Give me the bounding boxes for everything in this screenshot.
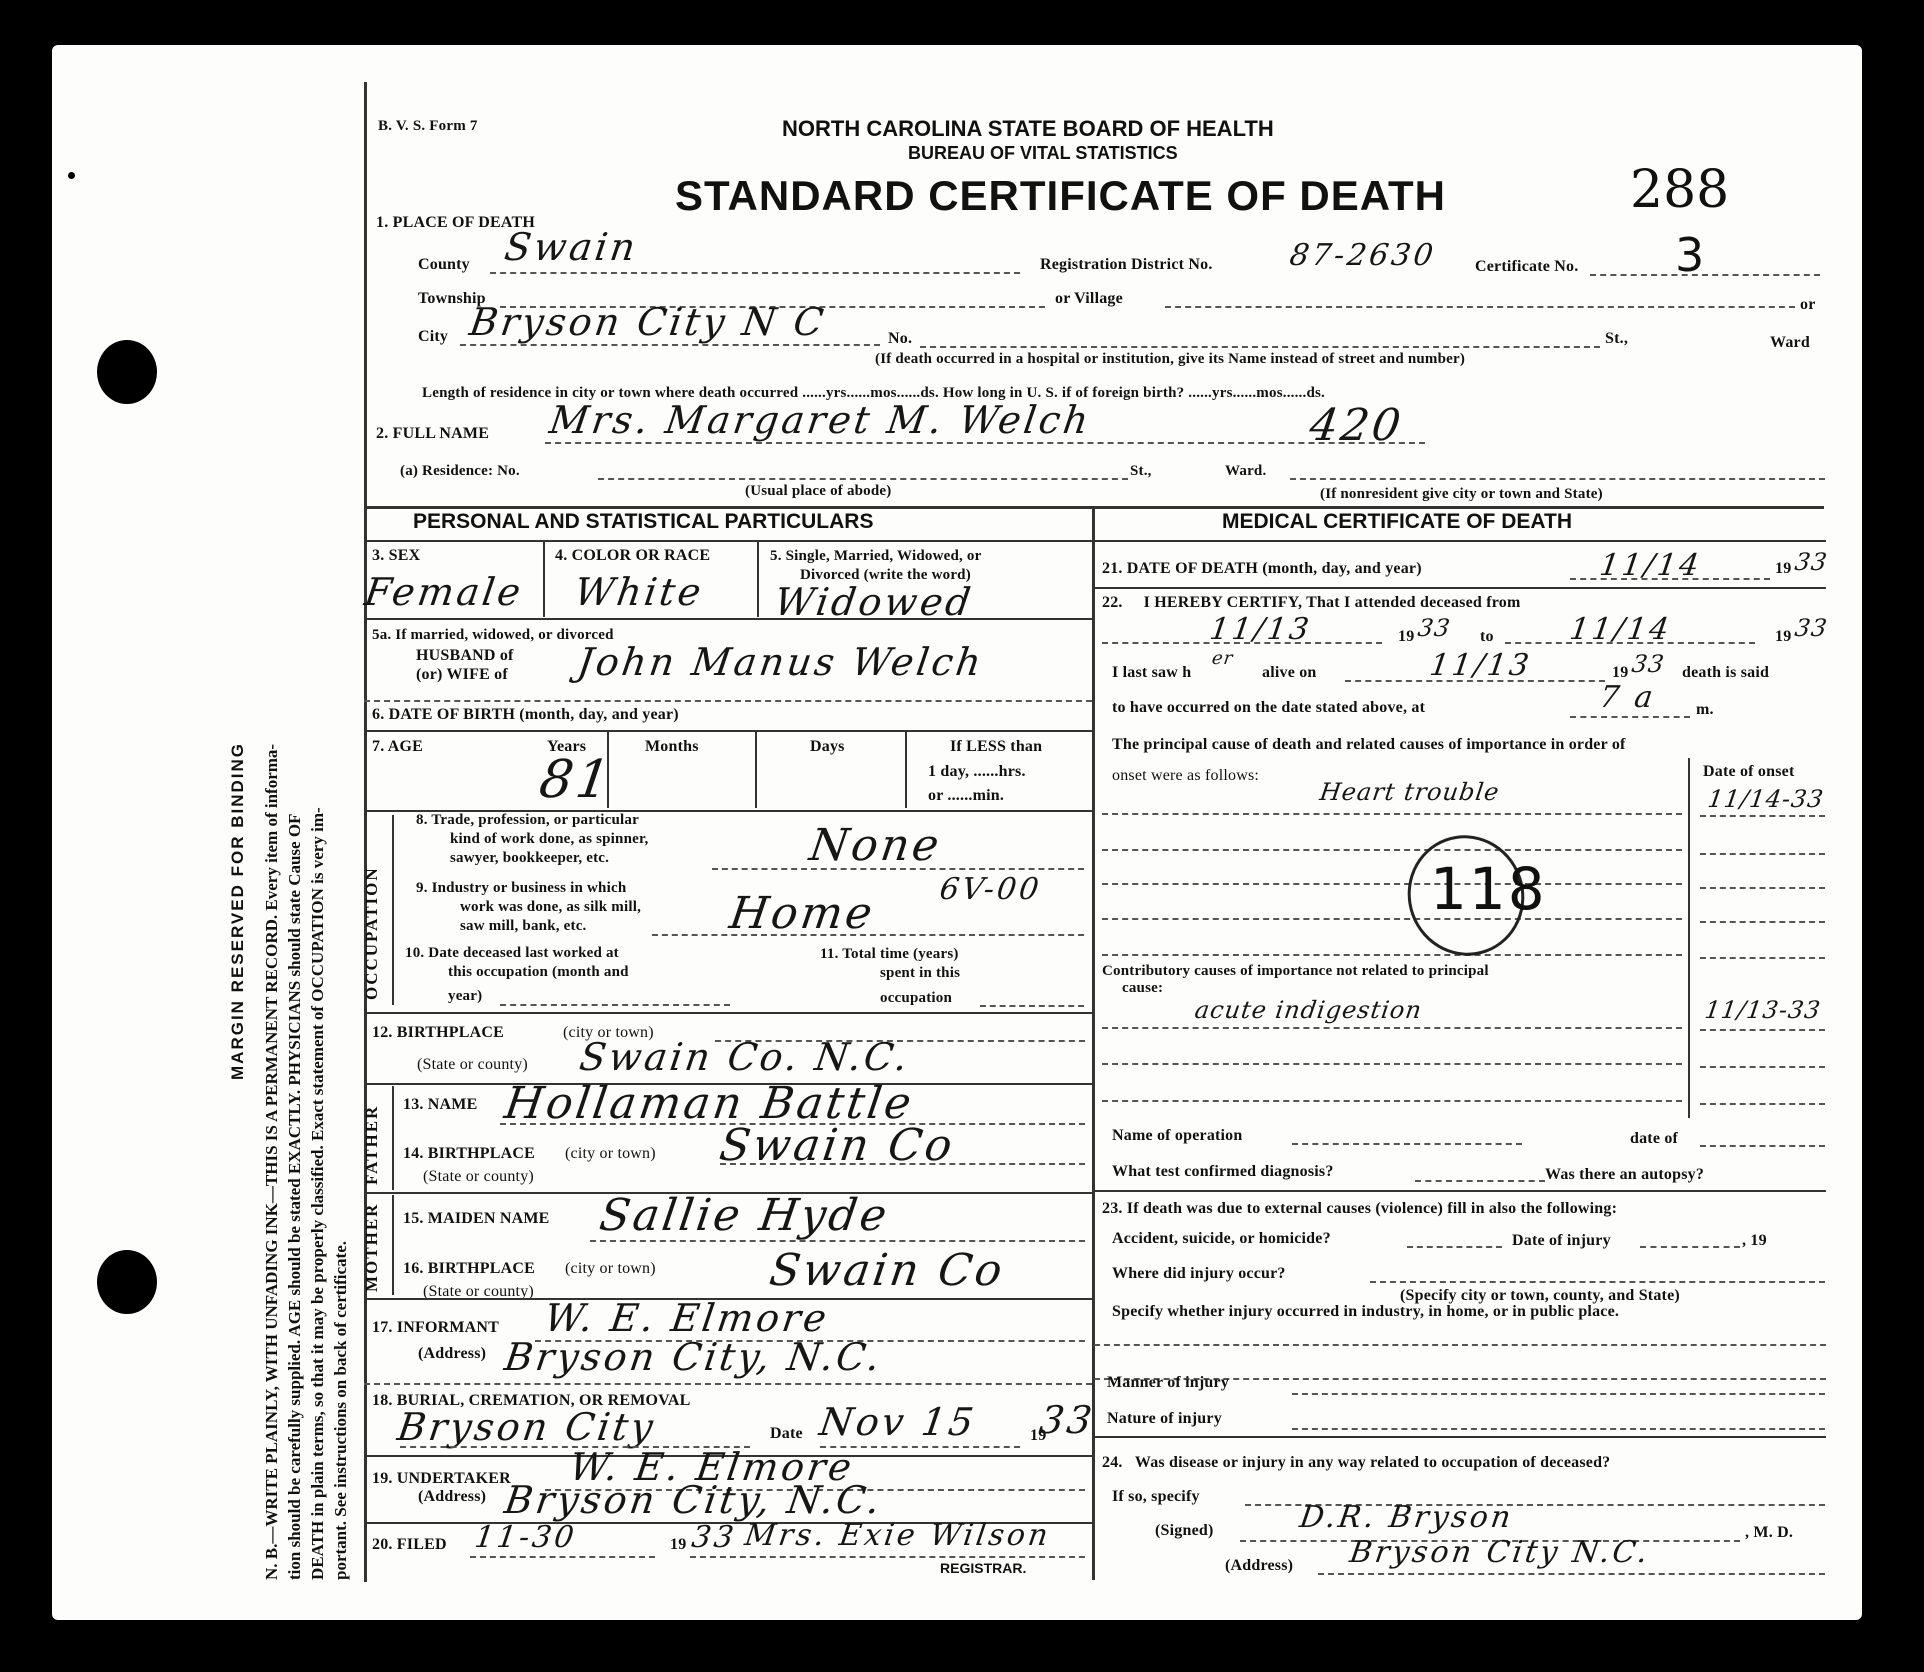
nature-label: Nature of injury	[1107, 1410, 1222, 1428]
industry-label-1: 9. Industry or business in which	[416, 880, 626, 897]
mother-side-label: MOTHER	[362, 1203, 382, 1292]
death-said-label: death is said	[1682, 664, 1769, 682]
md-label: , M. D.	[1745, 1524, 1793, 1542]
ward-label: Ward	[1770, 334, 1810, 352]
burial-date-value[interactable]: Nov 15	[817, 1400, 979, 1444]
onset-header: Date of onset	[1703, 763, 1794, 781]
total-time-label-1: 11. Total time (years)	[820, 946, 959, 963]
trade-label-1: 8. Trade, profession, or particular	[416, 812, 639, 829]
last-worked-label-1: 10. Date deceased last worked at	[405, 945, 619, 962]
classification-code: 118	[1430, 855, 1547, 923]
contributory-onset[interactable]: 11/13-33	[1703, 996, 1823, 1024]
address-label: (Address)	[1225, 1557, 1293, 1575]
attended-from-year-prefix: 19	[1398, 628, 1414, 646]
street-no-label: No.	[888, 330, 912, 348]
county-value[interactable]: Swain	[502, 225, 641, 269]
street-label: St.,	[1605, 330, 1628, 348]
informant-value[interactable]: W. E. Elmore	[542, 1296, 832, 1340]
residence-ward-label: Ward.	[1225, 463, 1266, 480]
burial-date-label: Date	[770, 1425, 803, 1443]
principal-label-1: The principal cause of death and related…	[1112, 736, 1626, 754]
attended-to-year[interactable]: 33	[1793, 614, 1829, 642]
physician-address[interactable]: Bryson City N.C.	[1348, 1535, 1653, 1570]
last-saw-label: I last saw h	[1112, 664, 1191, 682]
certify-label: 22. I HEREBY CERTIFY, That I attended de…	[1102, 594, 1520, 612]
mother-birthplace-label: 16. BIRTHPLACE	[403, 1260, 535, 1278]
principal-label-2: onset were as follows:	[1112, 767, 1259, 785]
undertaker-label: 19. UNDERTAKER	[372, 1470, 511, 1488]
operation-date-label: date of	[1630, 1130, 1678, 1148]
agency-name: NORTH CAROLINA STATE BOARD OF HEALTH	[782, 116, 1274, 142]
principal-onset[interactable]: 11/14-33	[1706, 785, 1826, 813]
occupation-side-label: OCCUPATION	[362, 866, 382, 1000]
death-year-prefix: 19	[1775, 560, 1791, 578]
trade-label-2: kind of work done, as spinner,	[450, 831, 648, 848]
mother-birthplace-city-label: (city or town)	[565, 1260, 656, 1278]
last-saw-pronoun[interactable]: er	[1211, 648, 1235, 669]
external-label: 23. If death was due to external causes …	[1102, 1200, 1617, 1218]
district-value[interactable]: 87-2630	[1288, 238, 1439, 273]
marital-label-1: 5. Single, Married, Widowed, or	[770, 548, 981, 565]
trade-value[interactable]: None	[806, 820, 945, 871]
stamp-number: 288	[1630, 160, 1729, 220]
birthplace-state-label: (State or county)	[417, 1056, 528, 1074]
mother-birthplace-value[interactable]: Swain Co	[766, 1245, 1008, 1296]
informant-label: 17. INFORMANT	[372, 1319, 499, 1337]
personal-header: PERSONAL AND STATISTICAL PARTICULARS	[413, 510, 873, 534]
spouse-label-2: HUSBAND of	[416, 647, 514, 665]
form-id: B. V. S. Form 7	[378, 118, 478, 135]
mother-name-label: 15. MAIDEN NAME	[403, 1210, 550, 1228]
medical-header: MEDICAL CERTIFICATE OF DEATH	[1222, 510, 1572, 534]
certificate-value[interactable]: 3	[1675, 228, 1704, 282]
residence-label: (a) Residence: No.	[400, 463, 520, 480]
less-than-label-1: If LESS than	[950, 738, 1042, 756]
district-label: Registration District No.	[1040, 256, 1213, 274]
attended-from-value[interactable]: 11/13	[1208, 612, 1314, 647]
hospital-note: (If death occurred in a hospital or inst…	[875, 351, 1465, 368]
margin-rule	[364, 82, 367, 1582]
attended-from-year[interactable]: 33	[1416, 614, 1452, 642]
father-birthplace-label: 14. BIRTHPLACE	[403, 1145, 535, 1163]
city-label: City	[418, 328, 448, 346]
birthplace-value[interactable]: Swain Co. N.C.	[577, 1035, 913, 1079]
last-worked-label-2: this occupation (month and	[448, 964, 629, 981]
autopsy-label: Was there an autopsy?	[1545, 1166, 1704, 1184]
test-label: What test confirmed diagnosis?	[1112, 1163, 1334, 1181]
less-than-label-2: 1 day, ......hrs.	[928, 763, 1026, 781]
industry-code: 6V-00	[938, 872, 1044, 907]
page-title: STANDARD CERTIFICATE OF DEATH	[675, 172, 1446, 220]
informant-address-label: (Address)	[418, 1345, 486, 1363]
filed-label: 20. FILED	[372, 1536, 447, 1554]
dob-label: 6. DATE OF BIRTH (month, day, and year)	[372, 706, 679, 724]
burial-year-value[interactable]: 33	[1037, 1398, 1098, 1442]
margin-instructions-3: DEATH in plain terms, so that it may be …	[308, 807, 328, 1580]
operation-label: Name of operation	[1112, 1127, 1243, 1145]
sex-label: 3. SEX	[372, 547, 420, 565]
m-label: m.	[1696, 701, 1714, 719]
certificate-label: Certificate No.	[1475, 258, 1578, 276]
county-label: County	[418, 256, 470, 274]
punch-hole-top	[97, 340, 157, 404]
less-than-label-3: or ......min.	[928, 787, 1004, 805]
or-label: or	[1800, 296, 1816, 314]
margin-instructions-4: portant. See instructions on back of cer…	[331, 1241, 351, 1580]
contributory-label-2: cause:	[1122, 980, 1163, 997]
speck	[68, 172, 75, 179]
bureau-name: BUREAU OF VITAL STATISTICS	[908, 143, 1178, 164]
occupation-related-label: 24. Was disease or injury in any way rel…	[1102, 1454, 1610, 1472]
physician-signature: D.R. Bryson	[1298, 1500, 1516, 1535]
age-years-value[interactable]: 81	[536, 750, 617, 810]
filed-year-value[interactable]: 33	[690, 1520, 739, 1555]
industry-label-3: saw mill, bank, etc.	[460, 918, 587, 935]
to-label: to	[1480, 628, 1494, 646]
father-birthplace-city-label: (city or town)	[565, 1145, 656, 1163]
filed-year-prefix: 19	[670, 1536, 686, 1554]
if-so-label: If so, specify	[1112, 1488, 1200, 1506]
attended-to-value[interactable]: 11/14	[1568, 612, 1674, 647]
undertaker-address-label: (Address)	[418, 1488, 486, 1506]
undertaker-address-value[interactable]: Bryson City, N.C.	[502, 1478, 885, 1522]
days-label: Days	[810, 738, 845, 756]
filed-value[interactable]: 11-30	[473, 1520, 579, 1555]
nonresident-note: (If nonresident give city or town and St…	[1320, 486, 1603, 503]
occurred-label: to have occurred on the date stated abov…	[1112, 699, 1425, 717]
age-label: 7. AGE	[372, 738, 423, 756]
registrar-label: REGISTRAR.	[940, 1560, 1026, 1576]
residence-st-label: St.,	[1130, 463, 1152, 480]
last-saw-date[interactable]: 11/13	[1428, 648, 1534, 683]
full-name-label: 2. FULL NAME	[376, 425, 489, 443]
punch-hole-bottom	[97, 1250, 157, 1314]
industry-value[interactable]: Home	[726, 888, 878, 939]
injury-date-label: Date of injury	[1512, 1232, 1611, 1250]
death-year-value[interactable]: 33	[1793, 548, 1829, 576]
last-saw-year[interactable]: 33	[1630, 650, 1666, 678]
total-time-label-3: occupation	[880, 990, 952, 1007]
total-time-label-2: spent in this	[880, 965, 960, 982]
attended-to-year-prefix: 19	[1775, 628, 1791, 646]
registrar-signature: Mrs. Exie Wilson	[743, 1518, 1053, 1553]
birthplace-label: 12. BIRTHPLACE	[372, 1024, 504, 1042]
margin-instructions-1: N. B.—WRITE PLAINLY, WITH UNFADING INK—T…	[262, 744, 282, 1580]
industry-label-2: work was done, as silk mill,	[460, 899, 641, 916]
city-value[interactable]: Bryson City N C	[467, 300, 829, 344]
full-name-annotation: 420	[1306, 400, 1406, 451]
principal-cause[interactable]: Heart trouble	[1318, 778, 1501, 806]
sex-value[interactable]: Female	[362, 570, 526, 614]
village-label: or Village	[1055, 290, 1123, 308]
margin-instructions-2: tion should be carefully supplied. AGE s…	[285, 814, 305, 1580]
time-value[interactable]: 7 a	[1598, 680, 1658, 715]
spouse-label-3: (or) WIFE of	[416, 666, 508, 684]
abode-note: (Usual place of abode)	[745, 483, 891, 500]
full-name-value[interactable]: Mrs. Margaret M. Welch	[547, 398, 1094, 442]
death-date-value[interactable]: 11/14	[1598, 548, 1704, 583]
burial-place-value[interactable]: Bryson City	[395, 1405, 659, 1449]
alive-on-label: alive on	[1262, 664, 1317, 682]
father-birthplace-state-label: (State or county)	[423, 1168, 534, 1186]
spouse-value[interactable]: John Manus Welch	[575, 640, 987, 684]
race-value[interactable]: White	[572, 570, 707, 614]
death-date-label: 21. DATE OF DEATH (month, day, and year)	[1102, 560, 1422, 578]
months-label: Months	[645, 738, 699, 756]
signed-label: (Signed)	[1155, 1522, 1214, 1540]
father-side-label: FATHER	[362, 1105, 382, 1185]
manner-label: Manner of injury	[1107, 1374, 1229, 1392]
trade-label-3: sawyer, bookkeeper, etc.	[450, 850, 609, 867]
informant-address-value[interactable]: Bryson City, N.C.	[502, 1335, 885, 1379]
accident-label: Accident, suicide, or homicide?	[1112, 1230, 1331, 1248]
father-name-label: 13. NAME	[403, 1096, 477, 1114]
mother-name-value[interactable]: Sallie Hyde	[596, 1190, 892, 1241]
where-label: Where did injury occur?	[1112, 1265, 1286, 1283]
last-worked-label-3: year)	[448, 988, 482, 1005]
specify-label: Specify whether injury occurred in indus…	[1112, 1303, 1619, 1321]
contributory-cause[interactable]: acute indigestion	[1193, 996, 1424, 1024]
contributory-label-1: Contributory causes of importance not re…	[1102, 963, 1489, 980]
binding-note: MARGIN RESERVED FOR BINDING	[228, 742, 248, 1080]
spouse-label-1: 5a. If married, widowed, or divorced	[372, 627, 614, 644]
race-label: 4. COLOR OR RACE	[555, 547, 710, 565]
injury-year-label: , 19	[1742, 1232, 1767, 1250]
